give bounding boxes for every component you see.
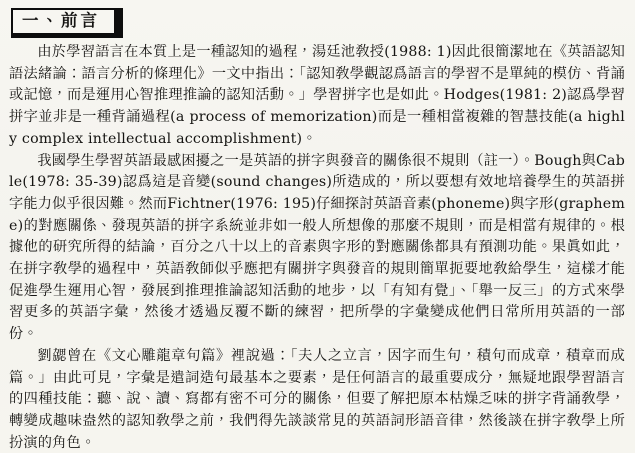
section-title: 一、前言 xyxy=(11,8,123,38)
scanned-document-page: 一、前言 由於學習語言在本質上是一種認知的過程，湯廷池敎授(1988: 1)因此… xyxy=(0,0,635,453)
paragraph-introduction-cognition: 由於學習語言在本質上是一種認知的過程，湯廷池敎授(1988: 1)因此很簡潔地在… xyxy=(9,42,625,151)
paragraph-vocabulary-importance: 劉勰曾在《文心雕龍章句篇》裡說過：「夫人之立言，因字而生句，積句而成章，積章而成… xyxy=(9,346,625,453)
paragraph-spelling-sound-rules: 我國學生學習英語最感困擾之一是英語的拼字與發音的關係很不規則（註一）。Bough… xyxy=(9,151,625,346)
document-body: 由於學習語言在本質上是一種認知的過程，湯廷池敎授(1988: 1)因此很簡潔地在… xyxy=(9,42,625,453)
